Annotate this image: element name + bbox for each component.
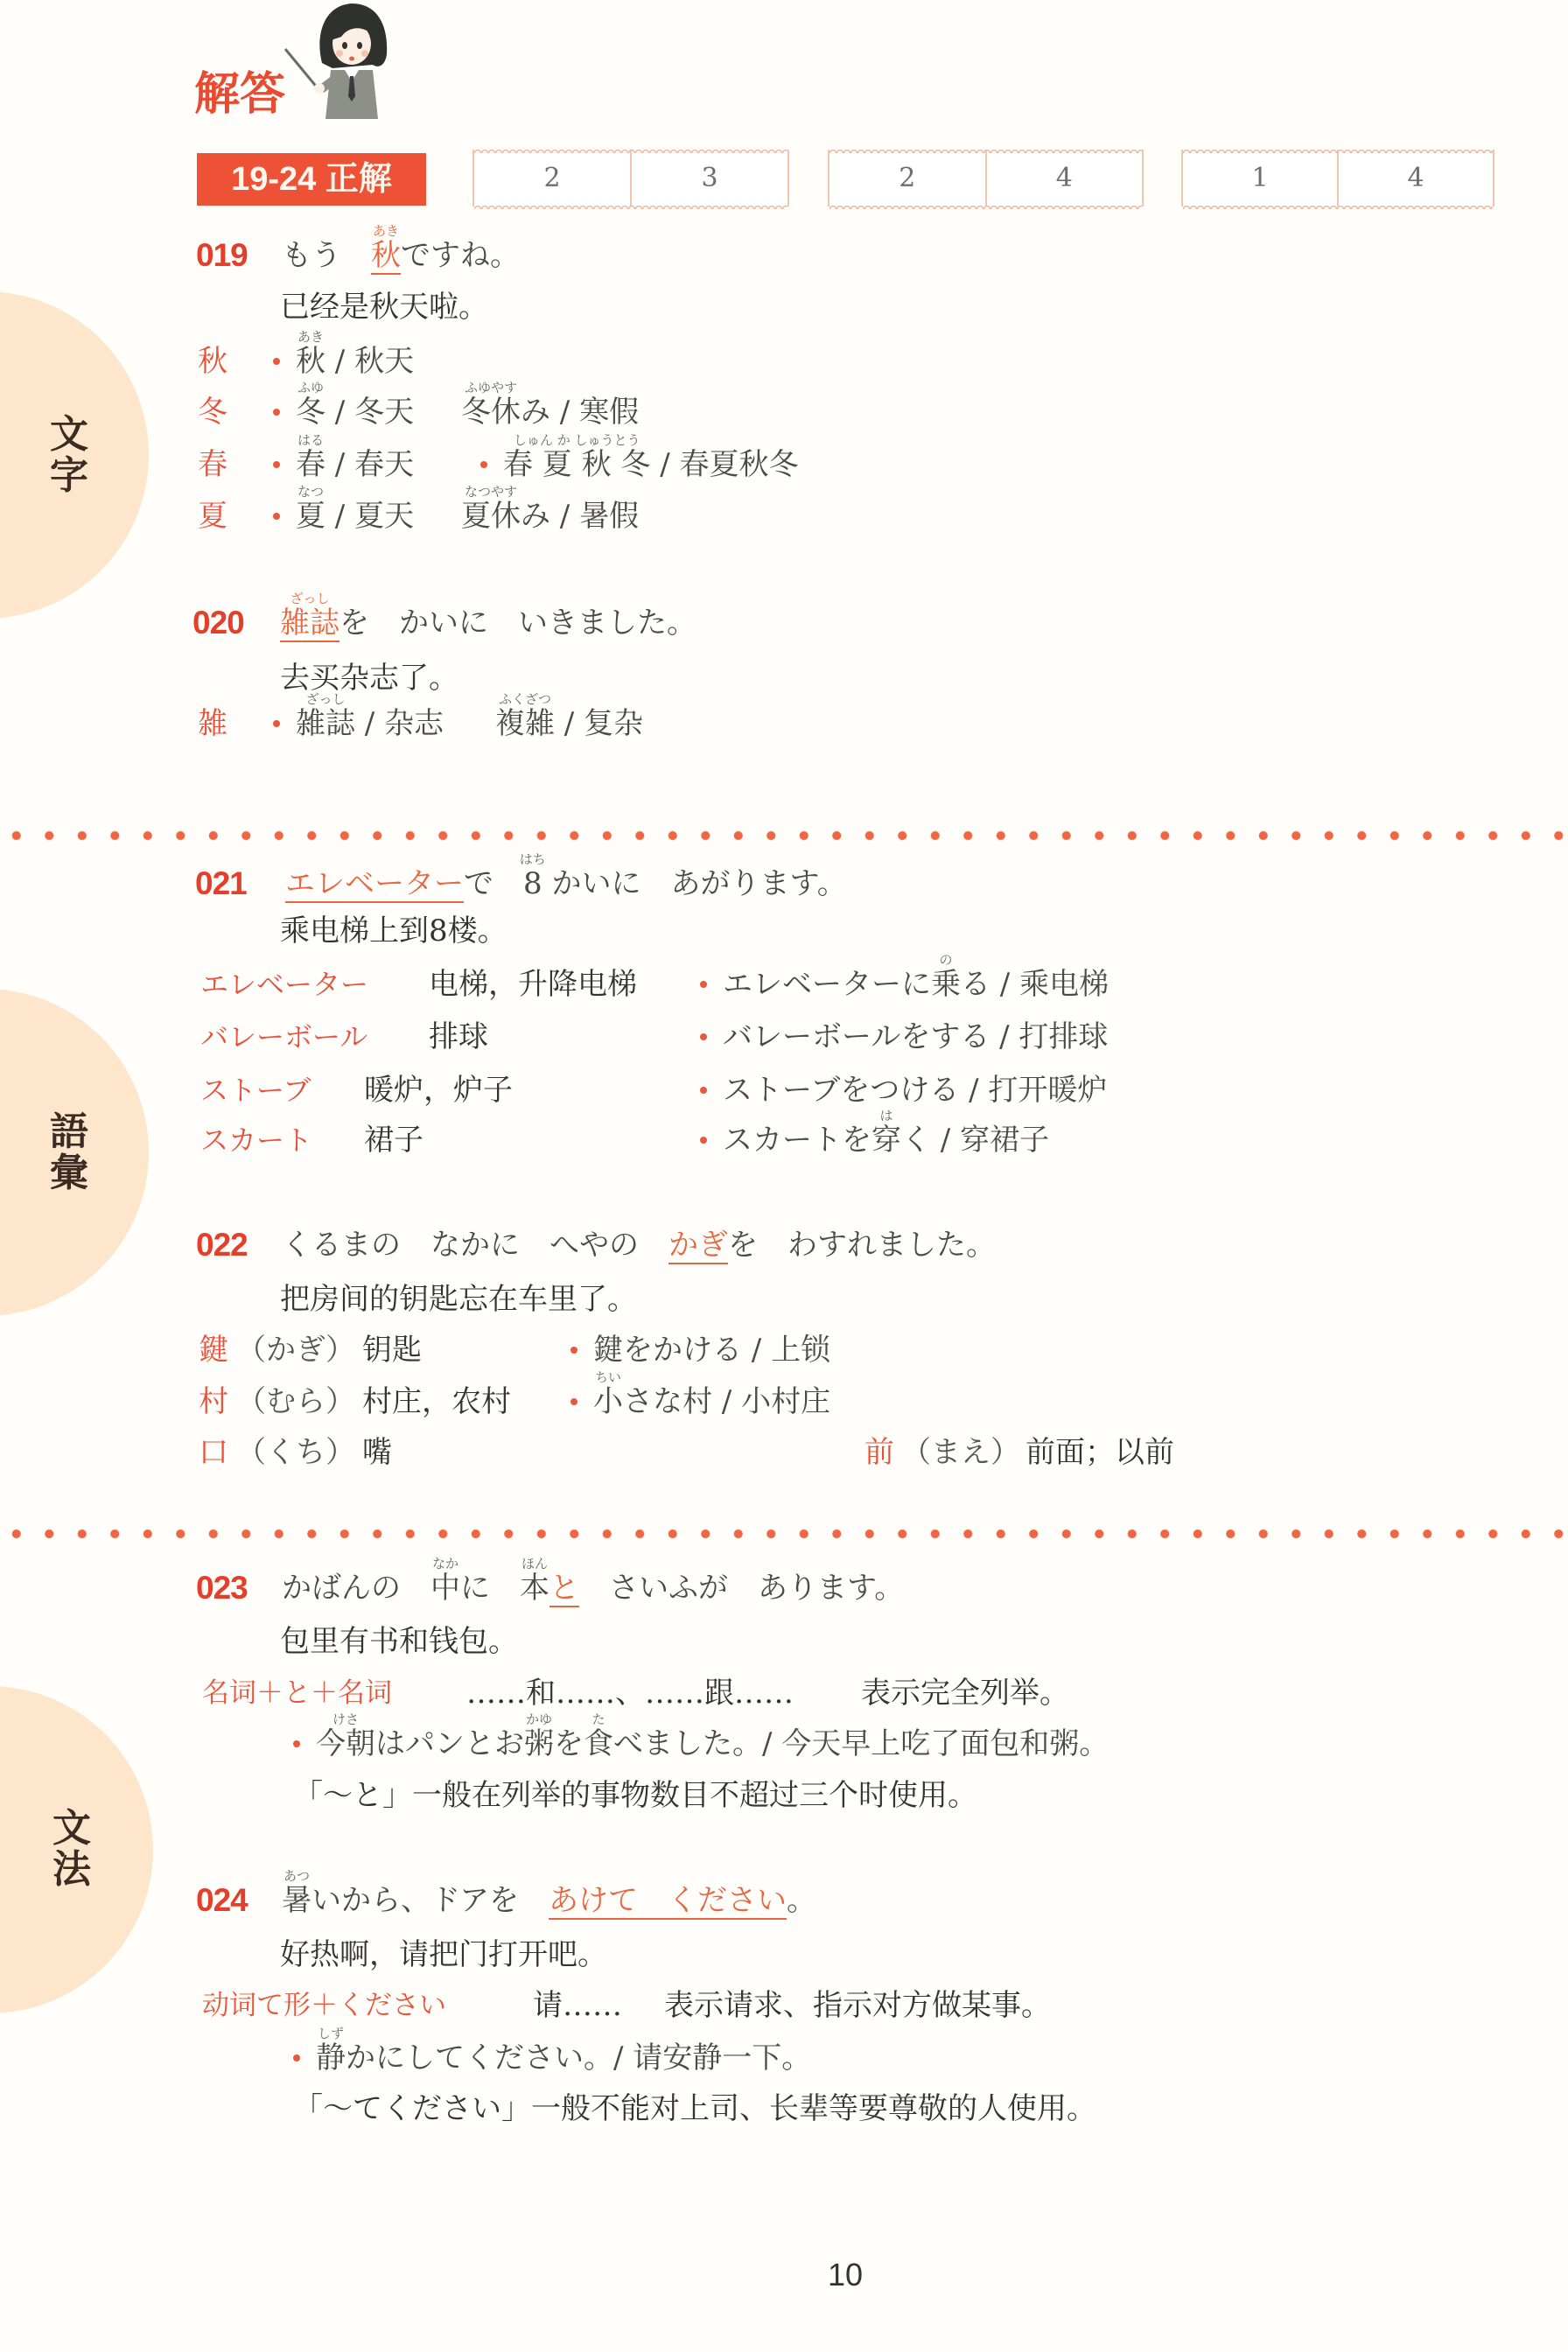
example-text: 鍵をかける / 上锁 [593,1333,830,1368]
ruby-word: 8はち [523,866,542,901]
ruby-base: 春 夏 秋 冬 [503,447,650,482]
question-sentence: 雑誌ざっしを かいに いきました。 [280,605,696,640]
bullet-dot [273,513,280,520]
answer-word: かぎ [668,1228,728,1264]
vocab-example: 鍵をかける / 上锁 [570,1333,830,1368]
example-text: ストーブをつける / 打开暖炉 [723,1073,1107,1108]
bullet-dot [273,461,280,468]
example-text: べました。/ 今天早上吃了面包和粥。 [613,1726,1109,1761]
ruby-word: 暑あつ [282,1883,311,1918]
ruby-word: 複雑ふくざつ [495,706,555,741]
kanji-example: 夏なつ / 夏天 [273,499,414,534]
vocab-kanji: 鍵 [199,1333,228,1368]
example-text: はパンとお [375,1726,524,1761]
translation: 去买杂志了。 [280,661,458,696]
bullet-dot [293,1740,300,1747]
sentence-text: で [464,866,523,901]
furigana: あつ [283,1870,310,1883]
vocab-example: バレーボールをする / 打排球 [700,1019,1108,1054]
ruby-base: 冬 [296,395,325,430]
page-title: 解答 [194,68,285,121]
sentence-text: かばんの [282,1571,430,1606]
question-number: 019 [196,238,248,273]
kanji-example: 春 夏 秋 冬しゅん か しゅうとう / 春夏秋冬 [480,447,799,482]
question-number: 022 [196,1228,248,1263]
question-sentence: 暑あついから、ドアを あけて ください。 [282,1883,816,1918]
furigana: ざっし [290,592,329,605]
furigana: ざっし [305,693,345,706]
question-sentence: エレベーターで 8はち かいに あがります。 [285,866,847,901]
example-text: スカートを [723,1123,871,1158]
answer-cell: 3 [630,150,787,206]
vocab-reading: （まえ） [901,1435,1020,1470]
ruby-base: 小 [593,1384,623,1419]
ruby-word: 小ちい [593,1384,623,1419]
sentence-text: いから、ドアを [311,1883,549,1918]
example-text: エレベーターに [723,967,931,1002]
wavy-border-bottom [1183,203,1493,209]
side-tab-char: 文 [52,1808,91,1849]
bullet-dot [293,2054,300,2061]
sentence-text: を かいに いきました。 [339,605,696,640]
sentence-text: 。 [787,1883,816,1918]
ruby-base: 食 [584,1726,613,1761]
sentence-text: ですね。 [401,238,520,273]
mascot-eye [357,42,362,49]
ruby-base: 冬休 [461,395,521,430]
question-number: 021 [195,866,247,901]
example-rest: / 夏天 [325,499,414,534]
question-sentence: かばんの 中なかに 本ほんと さいふが あります。 [282,1571,904,1606]
side-tab-char: 語 [50,1111,88,1152]
side-tab-goi-label: 語 彙 [48,1111,90,1193]
example-text: く / 穿裙子 [901,1123,1049,1158]
bullet-dot [273,720,280,727]
answer-word-base: 雑誌 [280,605,339,642]
ruby-word: 本ほん [520,1571,549,1606]
furigana: あき [297,331,324,344]
side-tab-char: 字 [50,455,88,496]
vocab-example: エレベーターに乗のる / 乘电梯 [700,967,1109,1002]
ruby-base: 静 [316,2040,346,2075]
vocab-word: スカート [200,1123,312,1158]
sentence-text: くるまの なかに へやの [282,1228,668,1263]
ruby-base: 乗 [931,967,961,1002]
furigana: しゅん か しゅうとう [514,434,640,447]
ruby-word: 秋あき [296,344,325,379]
wavy-border-top [1183,147,1493,153]
ruby-word: 冬ふゆ [296,395,325,430]
sentence-text: を わすれました。 [728,1228,996,1263]
vocab-meaning: 嘴 [362,1435,392,1470]
answer-group-3: 1 4 [1181,150,1494,206]
ruby-base: 今朝 [316,1726,375,1761]
vocab-word: ストーブ [200,1073,311,1108]
ruby-word: 今朝けさ [316,1726,375,1761]
example-rest: / 秋天 [325,344,414,379]
grammar-meaning: ……和……、……跟…… [466,1676,794,1711]
ruby-word: 穿は [871,1123,901,1158]
answer-cell: 2 [474,150,630,206]
answer-cell: 1 [1183,150,1337,206]
furigana: た [591,1713,605,1726]
ruby-base: 夏 [296,499,325,534]
ruby-word: 雑誌ざっし [296,706,355,741]
question-sentence: くるまの なかに へやの かぎを わすれました。 [282,1228,996,1263]
answer-word: あけて ください [549,1883,787,1920]
translation: 乘电梯上到8楼。 [280,913,507,948]
mascot-blush [336,50,343,57]
vocab-meaning: 钥匙 [362,1333,422,1368]
furigana: は [879,1109,892,1123]
grammar-example: 今朝けさはパンとお粥かゆを食たべました。/ 今天早上吃了面包和粥。 [293,1726,1109,1761]
furigana: しず [318,2027,344,2040]
bullet-dot [480,461,487,468]
ruby-base: 夏休 [461,499,521,534]
question-number: 024 [196,1883,248,1918]
mascot-hand [314,83,325,94]
wavy-border-bottom [474,203,787,209]
ruby-word: 中なか [430,1571,460,1606]
kanji-label: 雑 [198,706,227,741]
answer-range-badge: 19-24 正解 [197,153,426,206]
furigana: なつ [297,486,324,499]
answer-cell: 4 [1337,150,1493,206]
furigana: かゆ [526,1713,552,1726]
vocab-kanji: 口 [199,1435,228,1470]
example-rest: み / 暑假 [521,499,639,534]
vocab-meaning: 裙子 [364,1123,423,1158]
wavy-border-bottom [829,203,1142,209]
furigana: はち [520,853,546,866]
kanji-label: 秋 [198,344,227,379]
kanji-label: 冬 [198,395,227,430]
grammar-remark: 「～と」一般在列举的事物数目不超过三个时使用。 [293,1778,977,1813]
wavy-border-top [474,147,787,153]
grammar-note: 表示完全列举。 [861,1676,1069,1711]
vocab-meaning: 排球 [429,1019,488,1054]
answer-group-1: 2 3 [472,150,789,206]
ruby-base: 春 [296,447,325,482]
furigana: ふゆやす [465,381,517,395]
ruby-base: 粥 [524,1726,554,1761]
ruby-word: 静しず [316,2040,346,2075]
answer-word: エレベーター [285,866,464,903]
bullet-dot [273,409,280,416]
answer-group-2: 2 4 [828,150,1144,206]
furigana: ふくざつ [499,693,551,706]
vocab-meaning: 暖炉，炉子 [364,1073,513,1108]
side-tab-char: 彙 [50,1152,88,1193]
furigana: あき [373,225,399,238]
bullet-dot [700,981,707,988]
vocab-example: スカートを穿はく / 穿裙子 [700,1123,1049,1158]
kanji-example: 秋あき / 秋天 [273,344,414,379]
vocab-meaning: 电梯，升降电梯 [429,967,637,1002]
vocab-word: バレーボール [200,1019,367,1054]
furigana: なつやす [465,486,517,499]
sentence-text: もう [282,238,371,273]
ruby-word: 春はる [296,447,325,482]
bullet-dot [570,1398,577,1405]
ruby-base: 中 [430,1571,460,1606]
bullet-dot [700,1087,707,1094]
kanji-example: 夏休なつやすみ / 暑假 [461,499,639,534]
sentence-text: に [460,1571,520,1606]
ruby-base: 複雑 [495,706,555,741]
sentence-text: さいふが あります。 [579,1571,904,1606]
page-number: 10 [828,2257,863,2292]
vocab-word: エレベーター [200,967,368,1002]
side-tab-char: 法 [52,1849,91,1890]
ruby-base: 穿 [871,1123,901,1158]
ruby-base: 本 [520,1571,549,1606]
example-text: バレーボールをする / 打排球 [723,1019,1108,1054]
answer-word: と [549,1571,579,1607]
bullet-dot [570,1347,577,1354]
vocab-reading: （かぎ） [236,1333,355,1368]
grammar-pattern: 名词＋と＋名词 [202,1676,392,1711]
answer-word: 秋あき [371,238,401,273]
ruby-base: 暑 [282,1883,311,1918]
bullet-dot [700,1137,707,1144]
translation: 好热啊，请把门打开吧。 [280,1937,607,1972]
furigana: けさ [332,1713,359,1726]
side-tab-bunpo-label: 文 法 [51,1808,93,1890]
answer-word-base: 秋 [371,238,401,275]
furigana: なか [432,1557,458,1571]
answer-page: 文 字 語 彙 文 法 解答 19-24 正解 2 3 2 4 [0,0,1568,2352]
question-sentence: もう 秋あきですね。 [282,238,520,273]
example-rest: / 春天 [325,447,414,482]
example-rest: / 春夏秋冬 [650,447,798,482]
example-text: かにしてください。/ 请安静一下。 [346,2040,811,2075]
grammar-meaning: 请…… [533,1988,622,2023]
kanji-example: 春はる / 春天 [273,447,414,482]
grammar-remark: 「～てください」一般不能对上司、长辈等要尊敬的人使用。 [293,2091,1096,2126]
question-number: 020 [192,605,244,640]
example-rest: / 杂志 [355,706,444,741]
wavy-border-top [829,147,1142,153]
example-rest: み / 寒假 [521,395,639,430]
furigana: ほん [521,1557,548,1571]
kanji-example: 冬ふゆ / 冬天 [273,395,414,430]
ruby-word: 冬休ふゆやす [461,395,521,430]
mascot-mouth [349,57,354,61]
ruby-word: 食た [584,1726,613,1761]
ruby-base: 8 [523,866,542,901]
dotted-separator [0,830,1568,841]
vocab-kanji: 村 [199,1384,228,1419]
vocab-kanji: 前 [864,1435,894,1470]
answer-cell: 2 [829,150,985,206]
furigana: はる [297,434,324,447]
example-text: を [554,1726,584,1761]
example-rest: / 复杂 [555,706,643,741]
grammar-note: 表示请求、指示对方做某事。 [664,1988,1051,2023]
question-number: 023 [196,1571,248,1606]
translation: 包里有书和钱包。 [280,1624,518,1659]
example-text: さな村 / 小村庄 [623,1384,830,1419]
vocab-reading: （むら） [236,1384,355,1419]
example-rest: / 冬天 [325,395,414,430]
vocab-meaning: 前面；以前 [1025,1435,1174,1470]
kanji-label: 春 [198,447,227,482]
ruby-word: 粥かゆ [524,1726,554,1761]
teacher-mascot-icon [280,0,394,122]
furigana: の [939,954,952,967]
pointer-stick [285,49,318,89]
grammar-pattern: 动词て形＋ください [202,1988,446,2023]
example-text: る / 乘电梯 [961,967,1109,1002]
bullet-dot [273,358,280,365]
translation: 已经是秋天啦。 [280,290,488,325]
mascot-blush [361,50,368,57]
answer-word: 雑誌ざっし [280,605,339,640]
furigana: ちい [595,1371,621,1384]
translation: 把房间的钥匙忘在车里了。 [280,1282,637,1317]
kanji-label: 夏 [198,499,227,534]
side-tab-char: 文 [50,414,88,455]
sentence-text: かいに あがります。 [542,866,847,901]
ruby-base: 雑誌 [296,706,355,741]
grammar-example: 静しずかにしてください。/ 请安静一下。 [293,2040,811,2075]
vocab-example: 小ちいさな村 / 小村庄 [570,1384,830,1419]
bullet-dot [700,1033,707,1040]
dotted-separator [0,1529,1568,1539]
ruby-base: 秋 [296,344,325,379]
kanji-example: 雑誌ざっし / 杂志 [273,706,444,741]
vocab-example: ストーブをつける / 打开暖炉 [700,1073,1107,1108]
ruby-word: 夏なつ [296,499,325,534]
kanji-example: 冬休ふゆやすみ / 寒假 [461,395,639,430]
furigana: ふゆ [297,381,324,395]
kanji-example: 複雑ふくざつ / 复杂 [495,706,643,741]
ruby-word: 夏休なつやす [461,499,521,534]
vocab-reading: （くち） [236,1435,355,1470]
ruby-word: 春 夏 秋 冬しゅん か しゅうとう [503,447,650,482]
vocab-meaning: 村庄，农村 [362,1384,511,1419]
ruby-word: 乗の [931,967,961,1002]
side-tab-moji-label: 文 字 [48,414,90,496]
answer-cell: 4 [985,150,1143,206]
mascot-eye [342,42,347,49]
